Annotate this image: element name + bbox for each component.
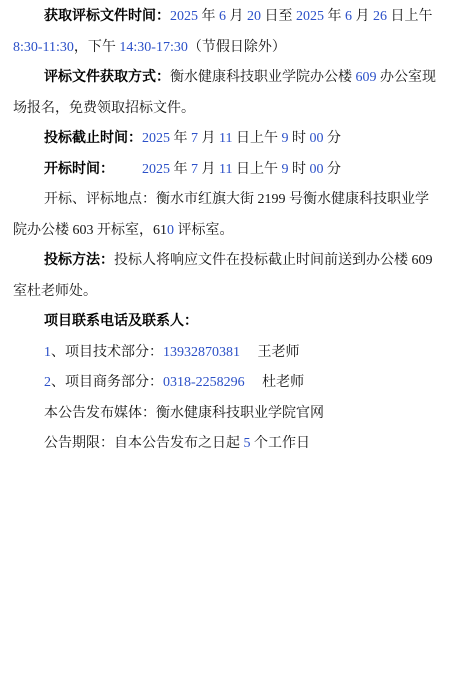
text-run: 月 — [226, 9, 247, 24]
number-value: 11 — [219, 162, 232, 177]
number-value: 8:30-11:30 — [13, 40, 74, 55]
text-line-notice-period: 公告期限：自本公告发布之日起 5 个工作日 — [13, 429, 441, 460]
text-run: 院办公楼 603 开标室，61 — [13, 223, 167, 238]
number-value: 2025 — [142, 131, 170, 146]
field-label: 开标时间： — [44, 162, 114, 177]
text-run: 杜老师 — [245, 375, 305, 390]
number-value: 26 — [373, 9, 387, 24]
number-value: 7 — [191, 162, 198, 177]
number-value: 2025 — [142, 162, 170, 177]
text-line-opening-time: 开标时间： 2025 年 7 月 11 日上午 9 时 00 分 — [13, 155, 441, 186]
field-label: 评标文件获取方式： — [44, 70, 170, 85]
number-value: 2 — [44, 375, 51, 390]
text-run: 衡水健康科技职业学院办公楼 — [170, 70, 356, 85]
text-run: 分 — [323, 162, 341, 177]
number-value: 0 — [167, 223, 174, 238]
number-value: 609 — [356, 70, 377, 85]
number-value: 2025 — [170, 9, 198, 24]
field-label: 投标方法： — [44, 253, 114, 268]
number-value: 7 — [191, 131, 198, 146]
text-run: 、项目商务部分： — [51, 375, 163, 390]
text-run: 月 — [198, 162, 219, 177]
text-run: 王老师 — [240, 345, 300, 360]
text-line-obtain-time: 获取评标文件时间：2025 年 6 月 20 日至 2025 年 6 月 26 … — [13, 2, 441, 33]
text-run: （节假日除外） — [188, 40, 286, 55]
field-label: 获取评标文件时间： — [44, 9, 170, 24]
spacer-run — [114, 162, 142, 177]
text-run: 月 — [198, 131, 219, 146]
text-line-opening-location: 开标、评标地点：衡水市红旗大街 2199 号衡水健康科技职业学 — [13, 185, 441, 216]
text-line-obtain-method-cont: 场报名，免费领取招标文件。 — [13, 94, 441, 125]
number-value: 20 — [247, 9, 261, 24]
text-run: 年 — [170, 131, 191, 146]
text-run: 开标、评标地点：衡水市红旗大街 2199 号衡水健康科技职业学 — [44, 192, 429, 207]
text-run: 年 — [324, 9, 345, 24]
text-run: 投标人将响应文件在投标截止时间前送到办公楼 609 — [114, 253, 433, 268]
text-run: ，下午 — [74, 40, 120, 55]
text-line-publish-media: 本公告发布媒体：衡水健康科技职业学院官网 — [13, 399, 441, 430]
field-label: 项目联系电话及联系人： — [44, 314, 198, 329]
text-run: 年 — [198, 9, 219, 24]
text-run: 分 — [323, 131, 341, 146]
text-run: 公告期限：自本公告发布之日起 — [44, 436, 244, 451]
text-run: 评标室。 — [174, 223, 234, 238]
number-value: 00 — [309, 131, 323, 146]
phone-number: 0318-2258296 — [163, 375, 245, 390]
text-line-contact-commercial: 2、项目商务部分：0318-2258296 杜老师 — [13, 368, 441, 399]
phone-number: 13932870381 — [163, 345, 240, 360]
text-run: 时 — [288, 162, 309, 177]
number-value: 14:30-17:30 — [119, 40, 187, 55]
text-run: 日上午 — [232, 162, 281, 177]
number-value: 00 — [309, 162, 323, 177]
text-run: 日上午 — [387, 9, 433, 24]
text-run: 本公告发布媒体：衡水健康科技职业学院官网 — [44, 406, 324, 421]
text-line-bid-deadline: 投标截止时间：2025 年 7 月 11 日上午 9 时 00 分 — [13, 124, 441, 155]
text-run: 月 — [352, 9, 373, 24]
number-value: 1 — [44, 345, 51, 360]
text-run: 日至 — [261, 9, 296, 24]
text-run: 个工作日 — [251, 436, 311, 451]
text-line-obtain-method: 评标文件获取方式：衡水健康科技职业学院办公楼 609 办公室现 — [13, 63, 441, 94]
number-value: 5 — [244, 436, 251, 451]
text-run: 年 — [170, 162, 191, 177]
text-line-bid-method-cont: 室杜老师处。 — [13, 277, 441, 308]
text-run: 办公室现 — [377, 70, 437, 85]
document-page: 获取评标文件时间：2025 年 6 月 20 日至 2025 年 6 月 26 … — [0, 0, 449, 694]
number-value: 11 — [219, 131, 232, 146]
number-value: 6 — [219, 9, 226, 24]
text-line-contact-technical: 1、项目技术部分：13932870381 王老师 — [13, 338, 441, 369]
text-run: 日上午 — [232, 131, 281, 146]
text-line-bid-method: 投标方法：投标人将响应文件在投标截止时间前送到办公楼 609 — [13, 246, 441, 277]
field-label: 投标截止时间： — [44, 131, 142, 146]
text-run: 时 — [288, 131, 309, 146]
text-line-contact-heading: 项目联系电话及联系人： — [13, 307, 441, 338]
number-value: 6 — [345, 9, 352, 24]
number-value: 2025 — [296, 9, 324, 24]
text-run: 场报名，免费领取招标文件。 — [13, 101, 195, 116]
text-run: 室杜老师处。 — [13, 284, 97, 299]
text-line-opening-location-cont: 院办公楼 603 开标室，610 评标室。 — [13, 216, 441, 247]
text-run: 、项目技术部分： — [51, 345, 163, 360]
text-line-obtain-time-cont: 8:30-11:30，下午 14:30-17:30（节假日除外） — [13, 33, 441, 64]
